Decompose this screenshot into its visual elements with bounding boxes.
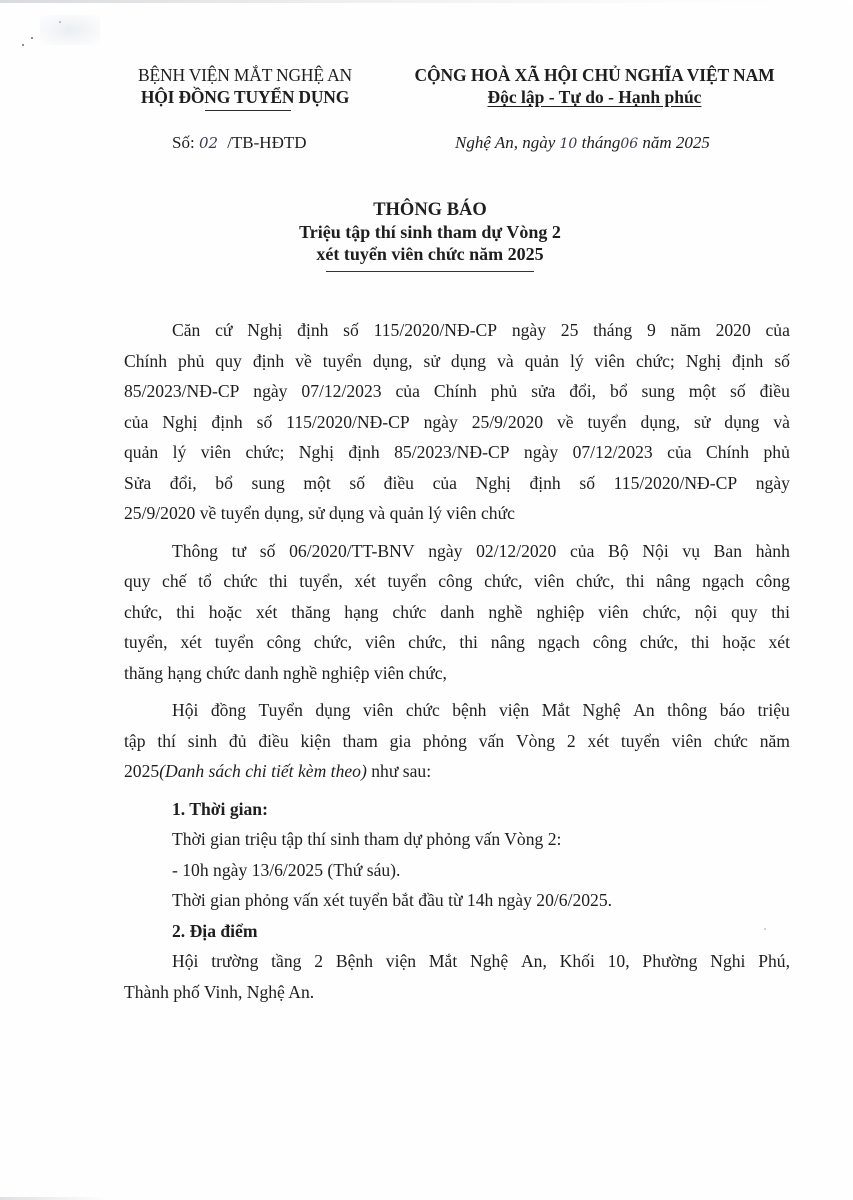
council-name: HỘI ĐỒNG TUYỂN DỤNG [141,86,349,108]
body-line: chức,thihoặcxétthănghạngchứcdanhnghềnghi… [124,597,790,628]
scan-smudge [40,15,100,45]
body-line: củaNghịđịnhsố115/2020/NĐ-CPngày25/9/2020… [124,407,790,438]
national-motto: Độc lập - Tự do - Hạnh phúc [372,86,817,108]
issuer-header: BỆNH VIỆN MẮT NGHỆ AN HỘI ĐỒNG TUYỂN DỤN… [110,64,380,108]
announcement-paragraph: HộiđồngTuyểndụngviênchứcbệnhviệnMắtNghệA… [124,695,790,787]
document-body: CăncứNghịđịnhsố115/2020/NĐ-CPngày25tháng… [124,315,790,1007]
body-line: tuyển,xéttuyểncôngchức,viênchức,thinângn… [124,627,790,658]
date-day-handwritten: 10 [560,136,578,152]
body-line: quảnlýviênchức;Nghịđịnh85/2023/NĐ-CPngày… [124,437,790,468]
title-line-2: xét tuyển viên chức năm 2025 [250,243,610,265]
body-line: quychếtổchứcthituyển,xéttuyểncôngchức,vi… [124,566,790,597]
body-line: Hộitrườngtầng2BệnhviệnMắtNghệAn,Khối10,P… [124,946,790,977]
circular-paragraph: Thôngtưsố06/2020/TT-BNVngày02/12/2020của… [124,536,790,689]
date-place: Nghệ An, ngày [455,133,555,152]
body-line: CăncứNghịđịnhsố115/2020/NĐ-CPngày25tháng… [124,315,790,346]
council-underline [205,110,291,111]
nation-title: CỘNG HOÀ XÃ HỘI CHỦ NGHĨA VIỆT NAM [372,64,817,86]
attachment-note: (Danh sách chi tiết kèm theo) [159,761,367,781]
council-name-text: HỘI ĐỒNG TUYỂN DỤNG [141,87,349,107]
section-time: 1. Thời gian: Thời gian triệu tập thí si… [124,794,790,916]
title-line-1: Triệu tập thí sinh tham dự Vòng 2 [250,221,610,243]
notice-title: THÔNG BÁO Triệu tập thí sinh tham dự Vòn… [250,199,610,272]
body-line: 85/2023/NĐ-CPngày07/12/2023củaChínhphủsử… [124,376,790,407]
body-line: Thời gian triệu tập thí sinh tham dự phỏ… [124,824,790,855]
year-text: 2025 [124,761,159,781]
doc-number-handwritten: 02 [199,134,223,152]
title-main: THÔNG BÁO [250,199,610,221]
body-line: Thời gian phỏng vấn xét tuyển bắt đầu từ… [124,885,790,916]
date-month-label: tháng [582,133,621,152]
body-line: Sửađổi,bổsungmộtsốđiềucủaNghịđịnhsố115/2… [124,468,790,499]
legal-basis-paragraph: CăncứNghịđịnhsố115/2020/NĐ-CPngày25tháng… [124,315,790,529]
section-heading-location: 2. Địa điểm [124,916,790,947]
document-page: BỆNH VIỆN MẮT NGHỆ AN HỘI ĐỒNG TUYỂN DỤN… [0,0,853,1200]
body-line: Chínhphủquyđịnhvềtuyểndụng,sửdụngvàquảnl… [124,346,790,377]
scan-edge [0,0,853,3]
document-number: Số: 02 /TB-HĐTD [172,133,307,153]
body-line: - 10h ngày 13/6/2025 (Thứ sáu). [124,855,790,886]
date-line: Nghệ An, ngày 10 tháng06 năm 2025 [455,133,710,153]
body-line: Thành phố Vinh, Nghệ An. [124,977,790,1008]
scan-speck [59,21,61,23]
body-line: 2025(Danh sách chi tiết kèm theo) như sa… [124,756,790,787]
date-year: năm 2025 [642,133,710,152]
body-text-end: như sau: [367,761,431,781]
organization-name: BỆNH VIỆN MẮT NGHỆ AN [110,64,380,86]
section-location: 2. Địa điểm Hộitrườngtầng2BệnhviệnMắtNgh… [124,916,790,1008]
scan-speck [22,44,24,46]
body-line: Thôngtưsố06/2020/TT-BNVngày02/12/2020của… [124,536,790,567]
section-heading-time: 1. Thời gian: [124,794,790,825]
doc-number-suffix: /TB-HĐTD [227,133,306,152]
body-line: thăng hạng chức danh nghề nghiệp viên ch… [124,658,790,689]
national-header: CỘNG HOÀ XÃ HỘI CHỦ NGHĨA VIỆT NAM Độc l… [372,64,817,108]
doc-number-prefix: Số: [172,133,195,152]
date-month-handwritten: 06 [620,136,638,152]
body-line: 25/9/2020 về tuyển dụng, sử dụng và quản… [124,498,790,529]
title-underline [326,271,534,272]
body-line: tậpthísinhđủđiềukiệnthamgiaphỏngvấnVòng2… [124,726,790,757]
body-line: HộiđồngTuyểndụngviênchứcbệnhviệnMắtNghệA… [124,695,790,726]
scan-speck [31,37,33,39]
